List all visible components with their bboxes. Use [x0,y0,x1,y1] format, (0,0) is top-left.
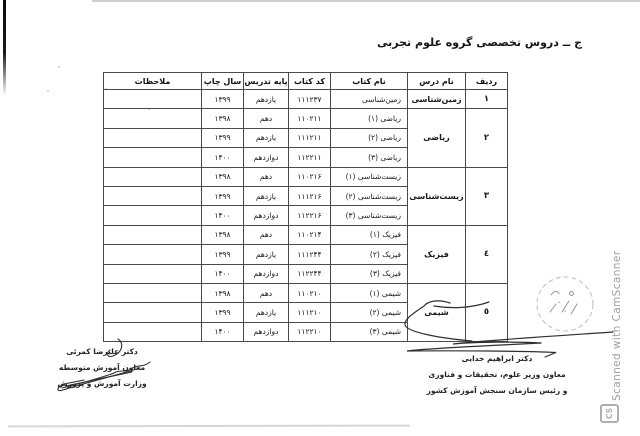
camscanner-logo-text: CS [605,408,614,419]
cell-grade: یازدهم [244,245,289,264]
signatory-name-left: دکتر علیرضا کمرئی [42,344,162,360]
cell-print-year: ۱۳۹۸ [202,109,244,128]
cell-grade: دهم [244,109,289,128]
document-title: ج ــ دروس تخصصی گروه علوم تجربی [412,36,582,49]
cell-print-year: ۱۴۰۰ [202,206,244,225]
cell-print-year: ۱۴۰۰ [202,264,244,283]
signatory-role2-left: وزارت آموزش و پرورش [42,376,162,392]
cell-book-code: ۱۱۰۲۱۴ [289,225,331,244]
cell-book-code: ۱۱۱۲۴۴ [289,245,331,264]
cell-book-code: ۱۱۱۲۱۶ [289,186,331,205]
signatory-role2-right: و رئیس سازمان سنجش آموزش کشور [416,383,578,399]
cell-notes [104,283,202,302]
table-row: ۳زیست‌شناسیزیست‌شناسی (۱)۱۱۰۲۱۶دهم۱۳۹۸ [104,167,508,186]
cell-notes [104,109,202,128]
header-course-name: نام درس [408,73,466,90]
cell-grade: دهم [244,225,289,244]
cell-row-number: ۱ [466,90,508,109]
cell-grade: یازدهم [244,186,289,205]
cell-book-code: ۱۱۰۲۱۶ [289,167,331,186]
cell-book-name: فیزیک (۱) [331,225,408,244]
cell-grade: دهم [244,167,289,186]
header-notes: ملاحظات [104,73,202,90]
cell-grade: یازدهم [244,128,289,147]
stamp-handwriting [550,291,577,314]
scanned-document-page: { "page": { "title": "ج ــ دروس تخصصی گر… [0,0,640,436]
cell-book-name: شیمی (۳) [331,322,408,341]
cell-row-number: ٥ [466,283,508,341]
cell-grade: یازدهم [244,303,289,322]
table-row: ٥شیمیشیمی (۱)۱۱۰۲۱۰دهم۱۳۹۸ [104,283,508,302]
table-row: ۱زمین‌شناسیزمین‌شناسی۱۱۱۲۳۷یازدهم۱۳۹۹ [104,90,508,109]
cell-print-year: ۱۳۹۸ [202,283,244,302]
header-book-name: نام کتاب [331,73,408,90]
cell-book-code: ۱۱۱۲۱۰ [289,303,331,322]
cell-book-code: ۱۱۲۲۴۴ [289,264,331,283]
stamp-circle [537,277,593,331]
cell-print-year: ۱۳۹۹ [202,245,244,264]
cell-notes [104,167,202,186]
cell-book-code: ۱۱۰۲۱۰ [289,283,331,302]
cell-notes [104,264,202,283]
cell-book-name: زمین‌شناسی [331,90,408,109]
cell-book-name: زیست‌شناسی (۳) [331,206,408,225]
cell-print-year: ۱۴۰۰ [202,148,244,167]
cell-grade: دوازدهم [244,148,289,167]
cell-course-name: شیمی [408,283,466,341]
cell-print-year: ۱۳۹۸ [202,225,244,244]
cell-course-name: زمین‌شناسی [408,90,466,109]
cell-book-name: زیست‌شناسی (۱) [331,167,408,186]
signatory-role1-left: معاون آموزش متوسطه [42,360,162,376]
cell-book-code: ۱۱۱۲۳۷ [289,90,331,109]
cell-print-year: ۱۳۹۹ [202,303,244,322]
table-row: ٤فیزیکفیزیک (۱)۱۱۰۲۱۴دهم۱۳۹۸ [104,225,508,244]
cell-book-name: شیمی (۱) [331,283,408,302]
scan-edge-line-top [92,0,640,2]
cell-row-number: ۲ [466,109,508,167]
cell-row-number: ۳ [466,167,508,225]
signatory-name-right: دکتر ابراهیم خدایی [416,351,578,367]
cell-book-code: ۱۱۲۲۱۱ [289,148,331,167]
header-print-year: سال چاپ [202,73,244,90]
camscanner-logo: CS [600,404,619,423]
course-table-body: ۱زمین‌شناسیزمین‌شناسی۱۱۱۲۳۷یازدهم۱۳۹۹۲ری… [104,90,508,342]
cell-notes [104,148,202,167]
cell-book-name: فیزیک (۲) [331,245,408,264]
scan-speck [47,90,49,92]
cell-course-name: ریاضی [408,109,466,167]
cell-grade: یازدهم [244,90,289,109]
cell-course-name: زیست‌شناسی [408,167,466,225]
cell-print-year: ۱۳۹۹ [202,90,244,109]
cell-book-name: ریاضی (۳) [331,148,408,167]
cell-book-name: ریاضی (۲) [331,128,408,147]
cell-notes [104,128,202,147]
header-grade: پایه تدریس [244,73,289,90]
cell-book-name: زیست‌شناسی (۲) [331,186,408,205]
cell-notes [104,322,202,341]
cell-notes [104,206,202,225]
cell-book-code: ۱۱۱۲۱۱ [289,128,331,147]
cell-book-code: ۱۱۰۲۱۱ [289,109,331,128]
cell-book-name: ریاضی (۱) [331,109,408,128]
cell-notes [104,303,202,322]
table-row: ۲ریاضیریاضی (۱)۱۱۰۲۱۱دهم۱۳۹۸ [104,109,508,128]
cell-print-year: ۱۳۹۸ [202,167,244,186]
cell-book-name: شیمی (۲) [331,303,408,322]
cell-print-year: ۱۳۹۹ [202,186,244,205]
signature-block-right: دکتر ابراهیم خدایی معاون وزیر علوم، تحقی… [416,351,578,398]
cell-grade: دوازدهم [244,206,289,225]
cell-notes [104,245,202,264]
cell-book-code: ۱۱۲۲۱۰ [289,322,331,341]
cell-row-number: ٤ [466,225,508,283]
cell-grade: دوازدهم [244,264,289,283]
header-book-code: کد کتاب [289,73,331,90]
cell-grade: دهم [244,283,289,302]
scan-speck [58,66,60,68]
cell-notes [104,186,202,205]
cell-grade: دوازدهم [244,322,289,341]
cell-book-code: ۱۱۲۲۱۶ [289,206,331,225]
signature-block-left: دکتر علیرضا کمرئی معاون آموزش متوسطه وزا… [42,344,162,391]
cell-print-year: ۱۴۰۰ [202,322,244,341]
cell-book-name: فیزیک (۳) [331,264,408,283]
header-row-number: ردیف [466,73,508,90]
scan-edge-shadow-left [3,0,6,96]
scan-edge-line-bottom [8,425,410,428]
courses-table: ردیف نام درس نام کتاب کد کتاب پایه تدریس… [103,72,508,342]
cell-notes [104,225,202,244]
cell-notes [104,90,202,109]
camscanner-watermark-text: Scanned with CamScanner [611,251,623,401]
table-header-row: ردیف نام درس نام کتاب کد کتاب پایه تدریس… [104,73,508,90]
cell-course-name: فیزیک [408,225,466,283]
cell-print-year: ۱۳۹۹ [202,128,244,147]
signatory-role1-right: معاون وزیر علوم، تحقیقات و فناوری [416,367,578,383]
